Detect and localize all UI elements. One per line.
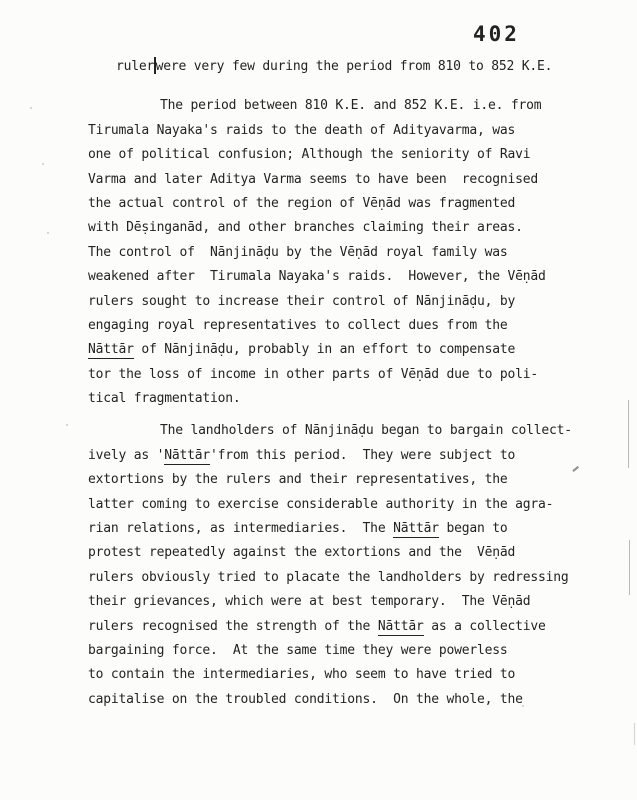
text-line: The period between 810 K.E. and 852 K.E.… xyxy=(0,94,637,118)
text-run: tical fragmentation. xyxy=(88,391,241,406)
text-line: Tirumala Nayaka's raids to the death of … xyxy=(0,119,637,143)
text-run: The control of Nānjināḍu by the Vēṇād ro… xyxy=(88,245,507,260)
text-run: The landholders of Nānjināḍu began to ba… xyxy=(160,423,572,438)
text-run: latter coming to exercise considerable a… xyxy=(88,497,553,512)
text-run: 'from this period. They were subject to xyxy=(210,448,515,463)
underlined-term: Nāttār xyxy=(393,521,439,538)
text-line: rian relations, as intermediaries. The N… xyxy=(0,517,637,541)
text-run: ruler xyxy=(116,59,154,74)
text-run: rian relations, as intermediaries. The xyxy=(88,521,393,536)
text-line: latter coming to exercise considerable a… xyxy=(0,493,637,517)
scan-speck xyxy=(42,163,44,165)
text-run: Tirumala Nayaka's raids to the death of … xyxy=(88,123,515,138)
text-line: with Dēṣinganād, and other branches clai… xyxy=(0,216,637,240)
scan-artifact-line xyxy=(628,400,629,468)
underlined-term: Nāttār xyxy=(378,619,424,636)
text-line: Varma and later Aditya Varma seems to ha… xyxy=(0,168,637,192)
text-line: Nāttār of Nānjināḍu, probably in an effo… xyxy=(0,338,637,362)
text-run: engaging royal representatives to collec… xyxy=(88,318,507,333)
text-line: the actual control of the region of Vēṇā… xyxy=(0,192,637,216)
text-line: rulerwere very few during the period fro… xyxy=(0,55,637,79)
text-run: were very few during the period from 810… xyxy=(156,59,553,74)
text-run: to contain the intermediaries, who seem … xyxy=(88,667,515,682)
text-run: protest repeatedly against the extortion… xyxy=(88,545,515,560)
text-line: one of political confusion; Although the… xyxy=(0,143,637,167)
text-line: tical fragmentation. xyxy=(0,387,637,411)
text-line: protest repeatedly against the extortion… xyxy=(0,541,637,565)
scan-speck xyxy=(47,232,49,234)
text-run: The period between 810 K.E. and 852 K.E.… xyxy=(160,98,541,113)
text-run: rulers recognised the strength of the xyxy=(88,619,378,634)
text-run: of Nānjināḍu, probably in an effort to c… xyxy=(134,342,515,357)
text-run: rulers obviously tried to placate the la… xyxy=(88,570,568,585)
text-line: rulers recognised the strength of the Nā… xyxy=(0,615,637,639)
text-run: their grievances, which were at best tem… xyxy=(88,594,530,609)
text-run: rulers sought to increase their control … xyxy=(88,294,515,309)
scanned-page: 402 rulerwere very few during the period… xyxy=(0,0,637,800)
text-line: rulers obviously tried to placate the la… xyxy=(0,566,637,590)
text-run: Varma and later Aditya Varma seems to ha… xyxy=(88,172,538,187)
underlined-term: Nāttār xyxy=(88,342,134,359)
text-line: extortions by the rulers and their repre… xyxy=(0,468,637,492)
scan-artifact-line xyxy=(634,723,635,745)
text-run: extortions by the rulers and their repre… xyxy=(88,472,507,487)
scan-speck xyxy=(66,424,68,426)
text-run: bargaining force. At the same time they … xyxy=(88,643,507,658)
text-line: bargaining force. At the same time they … xyxy=(0,639,637,663)
text-line: capitalise on the troubled conditions. O… xyxy=(0,688,637,712)
text-line: rulers sought to increase their control … xyxy=(0,290,637,314)
text-run: began to xyxy=(439,521,508,536)
text-run: weakened after Tirumala Nayaka's raids. … xyxy=(88,269,546,284)
text-run: the actual control of the region of Vēṇā… xyxy=(88,196,515,211)
text-line: weakened after Tirumala Nayaka's raids. … xyxy=(0,265,637,289)
text-line: their grievances, which were at best tem… xyxy=(0,590,637,614)
text-run: one of political confusion; Although the… xyxy=(88,147,530,162)
text-line: The landholders of Nānjināḍu began to ba… xyxy=(0,419,637,443)
text-line: engaging royal representatives to collec… xyxy=(0,314,637,338)
underlined-term: Nāttār xyxy=(164,448,210,465)
scan-artifact-line xyxy=(629,540,630,595)
text-line: The control of Nānjināḍu by the Vēṇād ro… xyxy=(0,241,637,265)
scan-speck xyxy=(522,705,524,707)
text-line: ively as 'Nāttār'from this period. They … xyxy=(0,444,637,468)
text-line: to contain the intermediaries, who seem … xyxy=(0,663,637,687)
document-body: rulerwere very few during the period fro… xyxy=(0,55,637,712)
text-run: tor the loss of income in other parts of… xyxy=(88,367,538,382)
text-run: with Dēṣinganād, and other branches clai… xyxy=(88,220,523,235)
text-run: capitalise on the troubled conditions. O… xyxy=(88,692,523,707)
page-number: 402 xyxy=(473,22,520,46)
scan-speck xyxy=(30,107,32,109)
text-run: as a collective xyxy=(424,619,546,634)
text-line: tor the loss of income in other parts of… xyxy=(0,363,637,387)
text-run: ively as ' xyxy=(88,448,164,463)
